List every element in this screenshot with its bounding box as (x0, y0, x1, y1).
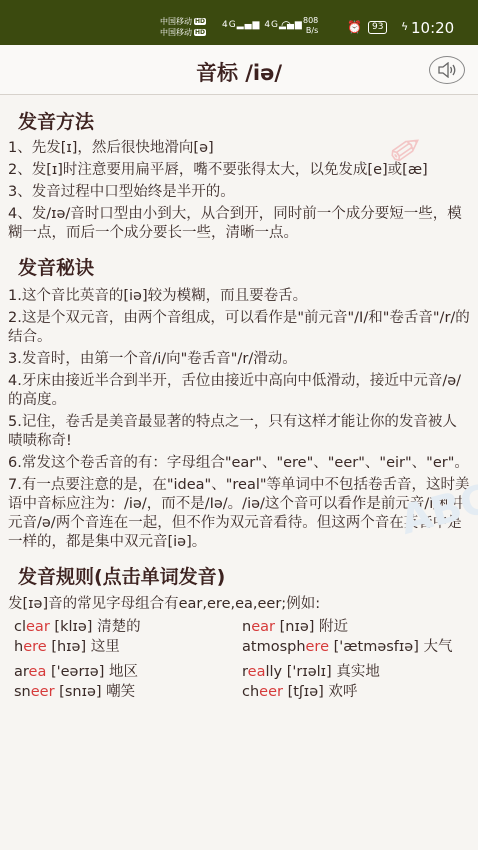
word-example[interactable]: atmosphere ['ætməsfɪə] 大气 (242, 637, 468, 657)
carrier-info: 中国移动HD 中国移动HD (160, 16, 206, 38)
lesson-content: ✏ ABC 发音方法 1、先发[ɪ]，然后很快地滑向[ə] 2、发[ɪ]时注意要… (0, 107, 478, 702)
wifi-icon: ◠ (281, 18, 291, 32)
tip-item: 1.这个音比英音的[iə]较为模糊，而且要卷舌。 (8, 287, 478, 306)
title-bar: 音标 /iə/ (0, 45, 478, 95)
tip-item: 4.牙床由接近半合到半开，舌位由接近中高向中低滑动，接近中元音/ə/的高度。 (8, 372, 478, 410)
word-example[interactable]: here [hɪə] 这里 (14, 637, 242, 662)
alarm-icon: ⏰ (347, 20, 362, 34)
method-item: 3、发音过程中口型始终是半开的。 (8, 183, 478, 202)
page-title: 音标 /iə/ (0, 57, 478, 87)
method-item: 4、发/ɪə/音时口型由小到大，从合到开，同时前一个成分要短一些，模糊一点，而后… (8, 205, 478, 243)
word-example[interactable]: area ['eərɪə] 地区 (14, 662, 242, 682)
tip-item: 6.常发这个卷舌音的有：字母组合"ear"、"ere"、"eer"、"eir"、… (8, 454, 478, 473)
word-example[interactable]: cheer [tʃɪə] 欢呼 (242, 682, 468, 702)
section-heading-tips: 发音秘诀 (8, 253, 478, 280)
method-item: 2、发[ɪ]时注意要用扁平唇，嘴不要张得太大，以免发成[e]或[æ] (8, 161, 478, 180)
tip-item: 3.发音时，由第一个音/i/向"卷舌音"/r/滑动。 (8, 350, 478, 369)
rules-intro: 发[ɪə]音的常见字母组合有ear,ere,ea,eer;例如: (8, 595, 478, 614)
speaker-icon (437, 62, 457, 78)
word-examples: clear [klɪə] 清楚的 near [nɪə] 附近 here [hɪə… (8, 617, 478, 702)
word-example[interactable]: clear [klɪə] 清楚的 (14, 617, 242, 637)
word-example[interactable]: near [nɪə] 附近 (242, 617, 468, 637)
charging-icon: ϟ (401, 20, 408, 33)
word-example[interactable]: sneer [snɪə] 嘲笑 (14, 682, 242, 702)
status-bar: 中国移动HD 中国移动HD 4G▂▄▆ 4G▂▄▆ ◠ 808B/s ⏰ 93 … (0, 0, 478, 45)
clock: 10:20 (411, 19, 454, 37)
network-speed: 808B/s (303, 16, 318, 36)
carrier-1: 中国移动 (160, 17, 192, 26)
tip-item: 7.有一点要注意的是，在"idea"、"real"等单词中不包括卷舌音，这时美语… (8, 476, 478, 552)
section-heading-method: 发音方法 (8, 107, 478, 134)
hd-badge: HD (194, 18, 206, 25)
carrier-2: 中国移动 (160, 28, 192, 37)
section-heading-rules: 发音规则(点击单词发音) (8, 562, 478, 589)
play-sound-button[interactable] (429, 56, 465, 84)
tip-item: 2.这是个双元音，由两个音组成，可以看作是"前元音"/I/和"卷舌音"/r/的结… (8, 309, 478, 347)
hd-badge: HD (194, 29, 206, 36)
method-item: 1、先发[ɪ]，然后很快地滑向[ə] (8, 139, 478, 158)
word-example[interactable]: really ['rɪəlɪ] 真实地 (242, 662, 468, 682)
tip-item: 5.记住，卷舌是美音最显著的特点之一，只有这样才能让你的发音被人啧啧称奇! (8, 413, 478, 451)
battery-indicator: 93 (368, 21, 387, 34)
